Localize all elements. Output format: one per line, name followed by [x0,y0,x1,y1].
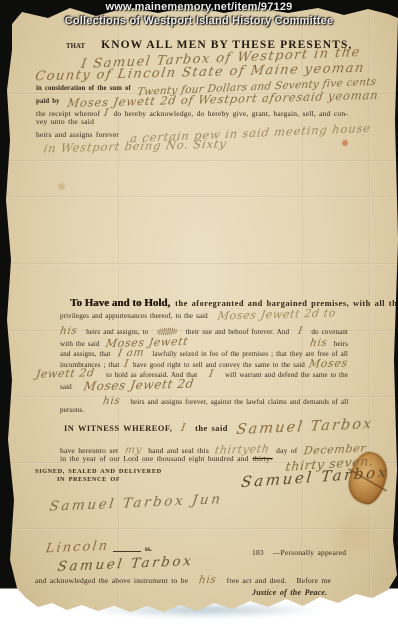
consideration-label: in consideration of the sum of [36,86,131,93]
print-text: vey unto the said [36,118,94,126]
appearer-line: Samuel Tarbox [58,558,193,572]
appearer-handwriting: Samuel Tarbox [57,555,194,574]
print-text: heirs and assigns forever [36,131,119,139]
grantor-signature-line: Samuel Tarbox [242,470,388,485]
habendum-line-4: with the said Moses Jewett his heirs [60,337,348,349]
print-text: the said [195,425,228,433]
habendum-heading: To Have and to Hold, [70,297,170,309]
print-text: and acknowledged the above instrument to… [35,577,188,585]
county-line: Lincoln ss. [46,541,152,554]
handwritten-i: I [208,369,214,380]
habendum-line-10: persons. [60,407,84,414]
blank-rule [113,550,141,552]
paid-by-label: paid by [36,99,60,106]
deed-photo: THAT KNOW ALL MEN BY THESE PRESENTS, I S… [0,0,398,640]
year-prefix: 183 [252,549,264,557]
grantee-handwriting: Jewett 2d [35,367,96,380]
watermark-url: www.mainememory.net/item/97129 [0,1,398,13]
that-label: THAT [66,44,85,51]
print-text-struck: thirty- [253,455,273,463]
print-text: their use and behoof forever. And [186,329,289,336]
handwritten-his: his [59,326,78,337]
stain [342,140,348,146]
in-presence-line: IN PRESENCE OF [57,477,120,483]
premises-line-2: in Westport being No. Sixty [44,141,226,153]
personally-appeared-line: 183 —Personally appeared [252,549,346,557]
print-text: in the year of our Lord one thousand eig… [60,455,249,463]
paid-by-line: paid by Moses Jewett 2d of Westport afor… [36,94,377,106]
handwritten-i: I [297,326,303,337]
print-text: privileges and appurtenances thereof, to… [60,313,208,320]
in-witness-line: IN WITNESS WHEREOF, I the said Samuel Ta… [64,420,373,435]
watermark-credit: Collections of Westport Island History C… [0,15,398,27]
line-group: his heirs [310,338,348,349]
acknowledged-line: and acknowledged the above instrument to… [35,575,331,586]
print-text: do covenant [311,329,348,336]
print-text: IN PRESENCE OF [57,477,120,483]
grantor-line-2: County of Lincoln State of Maine yeoman [36,66,364,79]
print-text: said [60,384,72,391]
habendum-line-8: said Moses Jewett 2d [60,379,194,391]
print-text: free act and deed. Before me [227,577,331,585]
grantor-name-handwriting: Samuel Tarbox [236,417,375,437]
handwritten-i: I [104,108,110,119]
grantee-handwriting: Moses Jewett 2d [83,378,195,393]
witness-signature-line: Samuel Tarbox Jun [50,497,222,511]
habendum-line-5: and assigns, that I am lawfully seized i… [60,348,348,359]
print-text: persons. [60,407,84,414]
print-text: will warrant and defend the same to the [225,372,348,379]
print-text: do hereby acknowledge, do hereby give, g… [113,110,348,118]
crease-line [0,263,398,265]
county-handwriting: Lincoln [45,540,110,556]
habendum-line-3: his heirs and assigns, to their use and … [60,326,348,337]
print-text: SIGNED, SEALED AND DELIVERED [35,469,162,475]
year-line: in the year of our Lord one thousand eig… [60,455,273,463]
premises-handwriting: in Westport being No. Sixty [43,139,228,155]
deed-paper: THAT KNOW ALL MEN BY THESE PRESENTS, I S… [0,0,398,640]
print-text: heirs and assigns forever, against the l… [130,399,348,406]
ss-label: ss. [145,547,152,554]
handwritten-his: his [198,575,217,586]
scribbled-word [157,327,177,335]
witness-signature: Samuel Tarbox Jun [49,493,224,514]
print-text: —Personally appeared [273,549,346,557]
justice-line: Justice of the Peace. [252,589,327,597]
handwritten-i: I [181,423,187,434]
print-text: day of [276,447,297,455]
habendum-line-2: privileges and appurtenances thereof, to… [60,309,336,320]
habendum-line-9: his heirs and assigns forever, against t… [103,396,348,407]
crease-line [0,160,398,162]
signed-sealed-line: SIGNED, SEALED AND DELIVERED [35,469,162,475]
stain [56,182,67,191]
print-text: IN WITNESS WHEREOF, [64,425,172,433]
crease-line [0,196,398,198]
receipt-line-2: vey unto the said [36,118,94,126]
handwritten-his: his [102,396,121,407]
grantee-handwriting: Moses Jewett 2d to [217,307,337,321]
print-text: heirs and assigns, to [86,329,148,336]
justice-of-peace-label: Justice of the Peace. [252,589,327,597]
